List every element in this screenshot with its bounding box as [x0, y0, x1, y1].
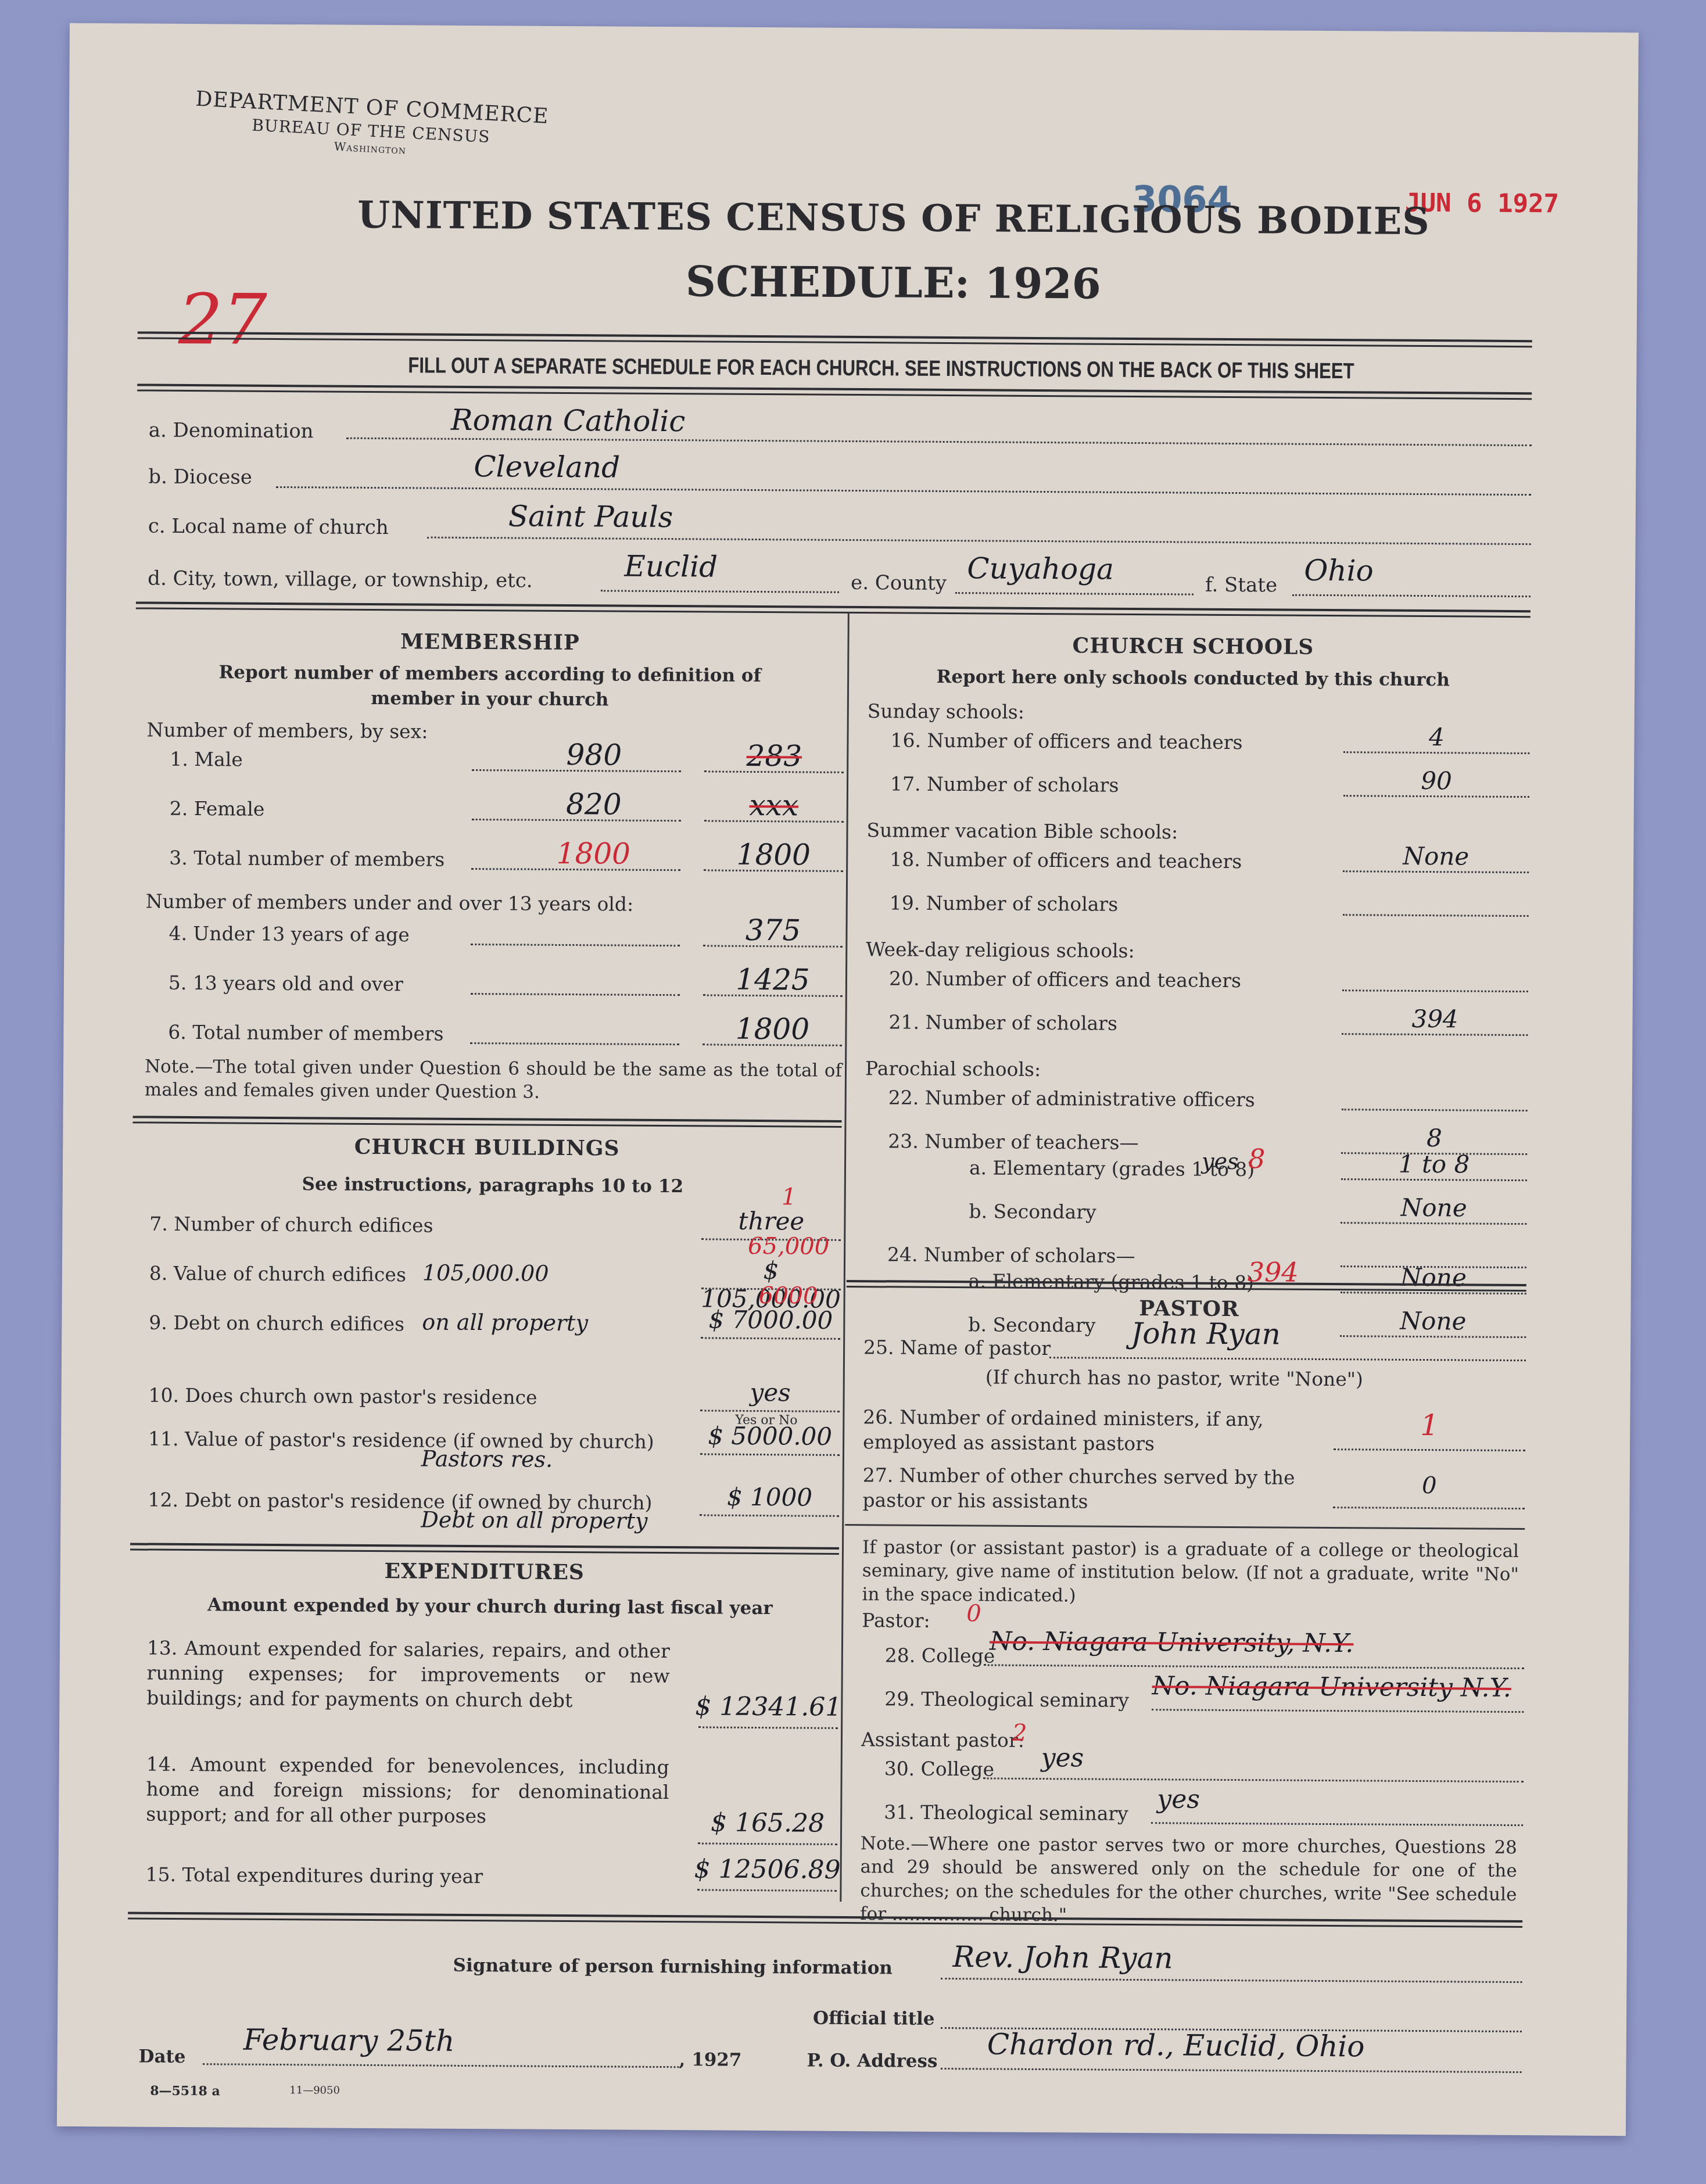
school-group-label: Week-day religious schools: — [866, 937, 1135, 964]
school-item-label: 17. Number of scholars — [890, 772, 1119, 798]
schools-heading: CHURCH SCHOOLS — [856, 632, 1530, 661]
address-line — [941, 2068, 1522, 2073]
print-code: 11—9050 — [289, 2084, 340, 2097]
membership-value-field[interactable]: 1800 — [506, 836, 680, 871]
denomination-line — [346, 437, 1532, 446]
expenditure-line — [698, 1726, 838, 1728]
q29-label: 29. Theological seminary — [884, 1687, 1129, 1713]
q29-field[interactable]: No. Niagara University N.Y. — [1152, 1671, 1511, 1703]
building-value-field[interactable]: $ 7000.00 — [695, 1305, 846, 1335]
school-line — [1340, 1335, 1526, 1338]
membership-alt-value-field[interactable]: 1425 — [703, 962, 843, 996]
building-item-label: 10. Does church own pastor's residence — [148, 1383, 706, 1412]
department-header: DEPARTMENT OF COMMERCE BUREAU OF THE CEN… — [161, 84, 582, 166]
school-value-field[interactable]: None — [1343, 841, 1529, 871]
school-line — [1341, 1222, 1526, 1225]
q26-line — [1334, 1448, 1525, 1451]
expenditure-value-field[interactable]: $ 12506.89 — [691, 1854, 843, 1885]
date-field[interactable]: February 25th — [243, 2023, 455, 2058]
building-value-field[interactable]: $ 1000 — [694, 1482, 845, 1512]
signature-label: Signature of person furnishing informati… — [453, 1953, 893, 1981]
expenditures-subheading: Amount expended by your church during la… — [141, 1593, 838, 1622]
school-item-label: b. Secondary — [969, 1199, 1096, 1225]
membership-alt-value-field[interactable]: 283 — [704, 738, 844, 773]
school-line — [1342, 1109, 1528, 1111]
school-item-label: 22. Number of administrative officers — [888, 1085, 1255, 1113]
expenditure-line — [697, 1889, 837, 1891]
expenditure-rows: 13. Amount expended for salaries, repair… — [70, 23, 1639, 33]
q30-line — [983, 1777, 1524, 1783]
membership-alt-value-field[interactable]: xxx — [704, 788, 844, 822]
signature-field[interactable]: Rev. John Ryan — [953, 1940, 1173, 1975]
q31-line — [1151, 1822, 1523, 1826]
building-value-field[interactable]: yes — [695, 1378, 846, 1407]
state-line — [1292, 594, 1531, 598]
diocese-field[interactable]: Cleveland — [474, 450, 620, 485]
buildings-subheading: See instructions, paragraphs 10 to 12 — [260, 1172, 725, 1200]
q26-label: 26. Number of ordained ministers, if any… — [863, 1405, 1317, 1458]
q26-field[interactable]: 1 — [1334, 1408, 1525, 1443]
school-line — [1343, 870, 1529, 873]
city-field[interactable]: Euclid — [624, 550, 718, 584]
building-correction-mark: 1 — [725, 1184, 853, 1211]
membership-line — [471, 993, 680, 996]
membership-item-label: 1. Male — [170, 747, 243, 773]
signature-line — [941, 1978, 1522, 1983]
membership-item-label: 6. Total number of members — [168, 1020, 443, 1047]
local-name-label: c. Local name of church — [148, 515, 389, 540]
form-number: 8—5518 a — [150, 2083, 220, 2099]
membership-alt-value-field[interactable]: 1800 — [703, 1012, 842, 1046]
pastor-name-label: 25. Name of pastor — [863, 1335, 1051, 1361]
county-label: e. County — [851, 571, 947, 595]
assistant-red-mark: 2 — [1012, 1720, 1027, 1747]
building-value-field[interactable]: $ 5000.00 — [694, 1421, 845, 1451]
address-field[interactable]: Chardon rd., Euclid, Ohio — [987, 2027, 1365, 2063]
diocese-line — [276, 486, 1531, 496]
local-name-line — [427, 537, 1531, 546]
membership-item-label: 4. Under 13 years of age — [169, 921, 410, 948]
membership-heading: MEMBERSHIP — [135, 627, 844, 656]
schedule-year: SCHEDULE: 1926 — [341, 254, 1445, 311]
q28-line — [984, 1664, 1524, 1669]
city-line — [601, 590, 839, 593]
membership-value-field[interactable]: 980 — [507, 737, 681, 772]
date-line — [203, 2063, 679, 2068]
membership-item-label: 5. 13 years old and over — [169, 971, 403, 997]
divider — [138, 331, 1532, 347]
members-by-sex-label: Number of members, by sex: — [146, 718, 428, 745]
membership-line — [471, 944, 680, 946]
buildings-heading: CHURCH BUILDINGS — [132, 1133, 841, 1161]
q27-field[interactable]: 0 — [1334, 1472, 1525, 1500]
divider — [137, 383, 1532, 400]
school-group-label: Summer vacation Bible schools: — [866, 818, 1178, 845]
q30-field[interactable]: yes — [1041, 1743, 1084, 1773]
school-correction-mark: 8 — [1248, 1143, 1266, 1174]
school-item-label: 19. Number of scholars — [890, 891, 1119, 917]
denomination-label: a. Denomination — [149, 419, 314, 443]
building-inline-field[interactable]: Debt on all property — [421, 1507, 647, 1533]
school-group-label: Parochial schools: — [865, 1056, 1041, 1082]
school-line — [1343, 914, 1529, 917]
pastor-name-line — [1049, 1357, 1526, 1361]
pastor-note: Note.—Where one pastor serves two or mor… — [860, 1832, 1517, 1930]
pastor-red-mark: 0 — [966, 1600, 981, 1627]
school-value-field[interactable]: None — [1341, 1193, 1526, 1222]
census-schedule-form: DEPARTMENT OF COMMERCE BUREAU OF THE CEN… — [57, 23, 1639, 2136]
q27-label: 27. Number of other churches served by t… — [862, 1463, 1316, 1516]
building-line — [700, 1514, 839, 1516]
building-line — [700, 1453, 840, 1455]
schools-rows: Sunday schools:16. Number of officers an… — [70, 23, 1639, 33]
expenditure-item-label: 13. Amount expended for salaries, repair… — [146, 1636, 670, 1714]
membership-line — [470, 1042, 679, 1045]
buildings-rows: 7. Number of church edificesthree18. Val… — [70, 23, 1639, 33]
q28-label: 28. College — [885, 1643, 995, 1669]
expenditure-line — [698, 1842, 837, 1845]
building-line — [700, 1410, 840, 1412]
pastor-section-label: Pastor: — [862, 1608, 930, 1634]
official-title-label: Official title — [813, 2006, 935, 2032]
county-line — [955, 592, 1194, 596]
school-item-label: 18. Number of officers and teachers — [890, 847, 1242, 874]
pastor-name-field[interactable]: John Ryan — [1131, 1317, 1281, 1351]
form-title: UNITED STATES CENSUS OF RELIGIOUS BODIES — [342, 193, 1446, 244]
building-correction-mark: 65,000 — [725, 1233, 852, 1260]
building-item-label: 7. Number of church edifices — [149, 1212, 707, 1240]
city-label: d. City, town, village, or township, etc… — [148, 567, 533, 593]
divider — [136, 601, 1531, 618]
pastor-name-hint: (If church has no pastor, write "None") — [985, 1365, 1363, 1392]
school-value-field[interactable]: 394 — [1342, 1004, 1528, 1034]
school-line — [1343, 751, 1529, 754]
membership-subheading: Report number of members according to de… — [182, 660, 798, 714]
date-year: , 1927 — [679, 2047, 741, 2073]
date-label: Date — [139, 2045, 186, 2070]
building-inline-field[interactable]: Pastors res. — [421, 1446, 553, 1472]
local-name-field[interactable]: Saint Pauls — [508, 499, 673, 534]
school-line — [1342, 989, 1528, 992]
building-line — [701, 1337, 840, 1339]
q30-label: 30. College — [884, 1756, 995, 1782]
divider — [130, 1543, 839, 1554]
members-by-age-label: Number of members under and over 13 year… — [146, 890, 634, 917]
divider — [845, 1524, 1525, 1530]
q27-line — [1333, 1507, 1525, 1509]
school-line — [1343, 795, 1529, 798]
q31-field[interactable]: yes — [1157, 1784, 1200, 1814]
membership-alt-value-field[interactable]: 1800 — [704, 837, 843, 872]
school-line — [1341, 1178, 1527, 1181]
school-value-field[interactable]: 90 — [1343, 766, 1529, 795]
expenditure-item-label: 14. Amount expended for benevolences, in… — [146, 1752, 669, 1830]
membership-note: Note.—The total given under Question 6 s… — [145, 1055, 842, 1106]
school-value-field[interactable]: 8 — [1341, 1123, 1527, 1153]
membership-item-label: 3. Total number of members — [169, 846, 445, 873]
membership-alt-value-field[interactable]: 375 — [703, 913, 843, 947]
school-item-label: 16. Number of officers and teachers — [890, 728, 1242, 755]
school-value-field[interactable]: 1 to 8 — [1341, 1149, 1527, 1179]
membership-rows: 1. Male9802832. Female820xxx3. Total num… — [70, 23, 1639, 33]
denomination-field[interactable]: Roman Catholic — [451, 403, 686, 438]
instructions-banner: FILL OUT A SEPARATE SCHEDULE FOR EACH CH… — [357, 353, 1405, 385]
address-label: P. O. Address — [807, 2049, 937, 2075]
building-correction-mark: 6000 — [725, 1282, 852, 1310]
assistant-section-label: Assistant pastor: — [861, 1727, 1024, 1753]
school-item-label: 21. Number of scholars — [888, 1010, 1117, 1036]
q28-field[interactable]: No. Niagara University, N.Y. — [990, 1626, 1354, 1658]
school-inline-field[interactable]: yes — [1202, 1149, 1239, 1174]
county-field[interactable]: Cuyahoga — [967, 551, 1114, 586]
graduate-instructions: If pastor (or assistant pastor) is a gra… — [862, 1536, 1519, 1610]
q29-line — [1152, 1709, 1524, 1713]
divider — [132, 1116, 841, 1127]
state-field[interactable]: Ohio — [1304, 554, 1374, 588]
red-annotation-27: 27 — [178, 279, 267, 361]
state-label: f. State — [1205, 573, 1277, 597]
school-line — [1342, 1033, 1528, 1036]
building-inline-field[interactable]: 105,000.00 — [422, 1260, 549, 1286]
schools-subheading: Report here only schools conducted by th… — [856, 664, 1530, 693]
school-value-field[interactable]: 4 — [1343, 722, 1529, 752]
membership-value-field[interactable]: 820 — [507, 787, 681, 822]
membership-item-label: 2. Female — [170, 797, 265, 822]
building-inline-field[interactable]: on all property — [422, 1309, 588, 1336]
school-group-label: Sunday schools: — [868, 699, 1024, 725]
school-item-label: 24. Number of scholars— — [887, 1242, 1135, 1268]
school-line — [1341, 1292, 1526, 1294]
building-value-field[interactable]: three — [696, 1206, 847, 1236]
school-item-label: 20. Number of officers and teachers — [889, 966, 1241, 994]
diocese-label: b. Diocese — [148, 465, 252, 489]
expenditures-heading: EXPENDITURES — [130, 1557, 839, 1586]
expenditure-item-label: 15. Total expenditures during year — [145, 1863, 668, 1891]
expenditure-value-field[interactable]: $ 165.28 — [692, 1808, 843, 1838]
expenditure-value-field[interactable]: $ 12341.61 — [693, 1691, 844, 1722]
q31-label: 31. Theological seminary — [884, 1800, 1128, 1826]
school-item-label: 23. Number of teachers— — [888, 1129, 1139, 1156]
